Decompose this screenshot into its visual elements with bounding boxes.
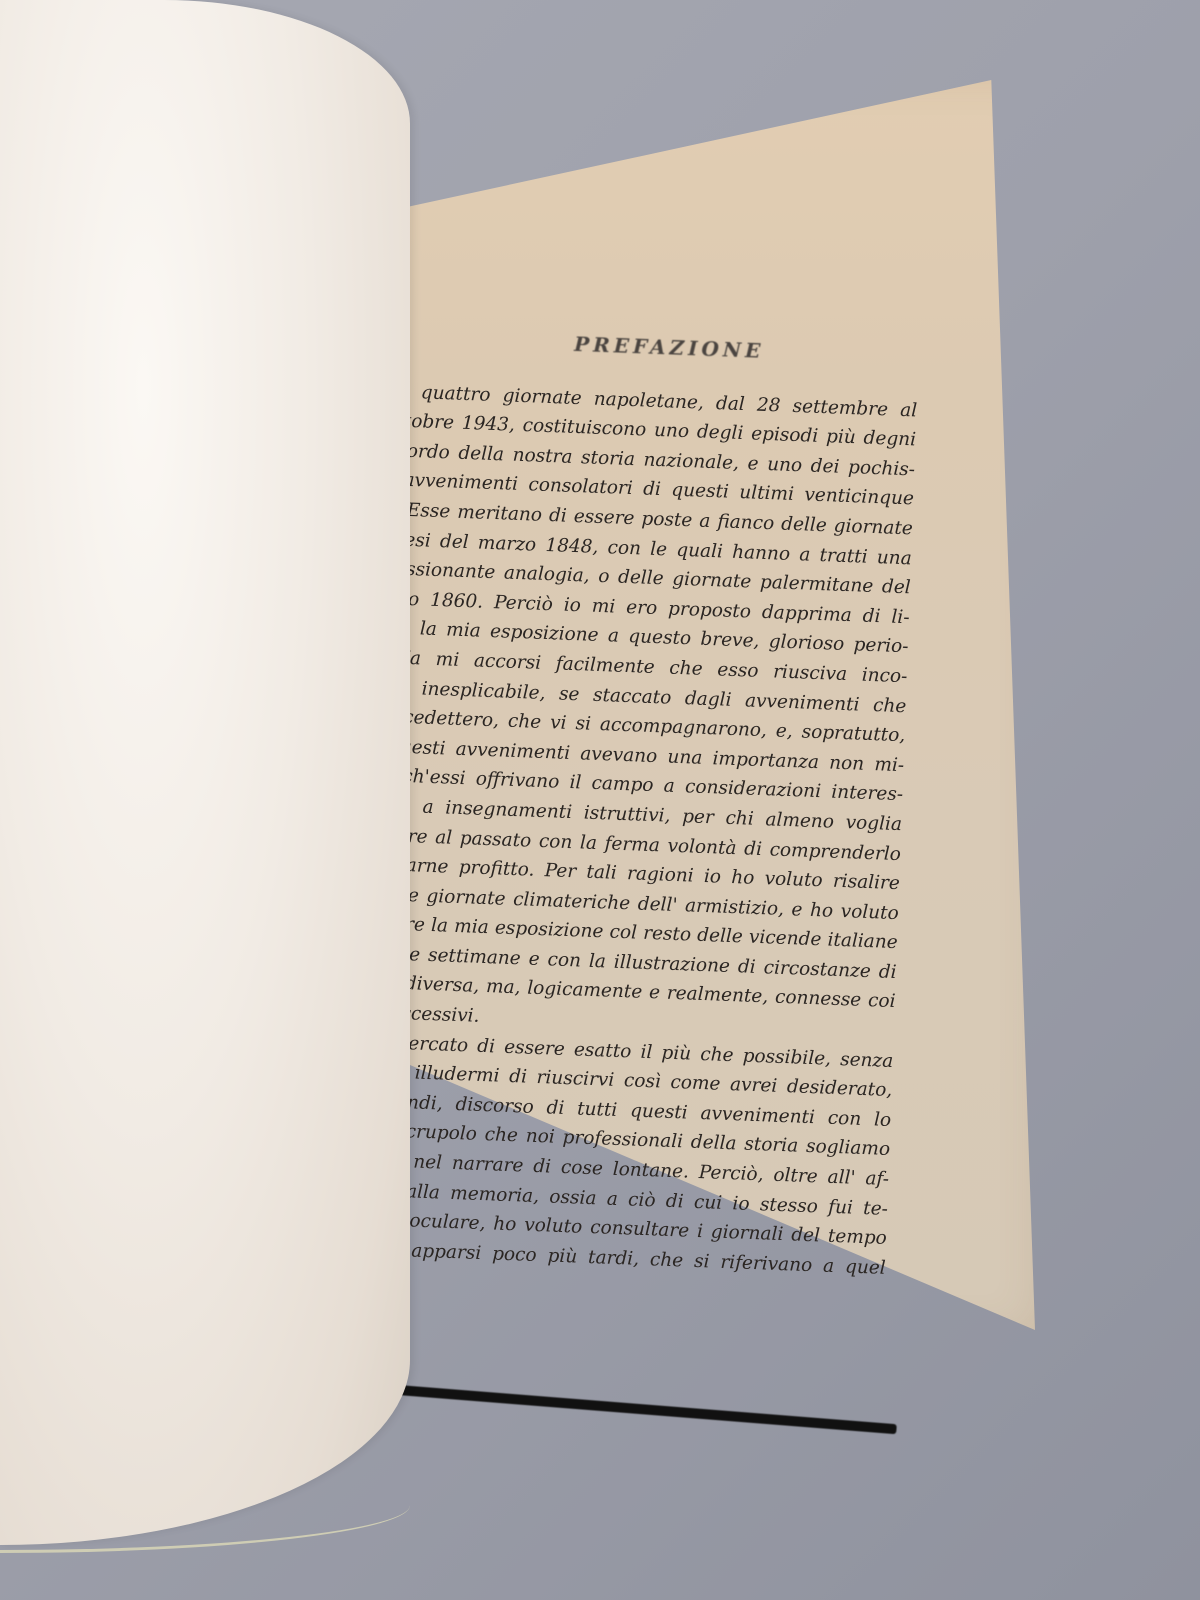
photo-scene: PREFAZIONE Le quattro giornate napoletan… — [0, 0, 1200, 1600]
left-page-edge — [0, 1500, 410, 1553]
preface-text: PREFAZIONE Le quattro giornate napoletan… — [326, 322, 920, 1283]
preface-body: Le quattro giornate napoletane, dal 28 s… — [326, 376, 918, 1284]
left-page — [0, 0, 410, 1545]
page-bottom-shadow — [398, 1385, 897, 1434]
